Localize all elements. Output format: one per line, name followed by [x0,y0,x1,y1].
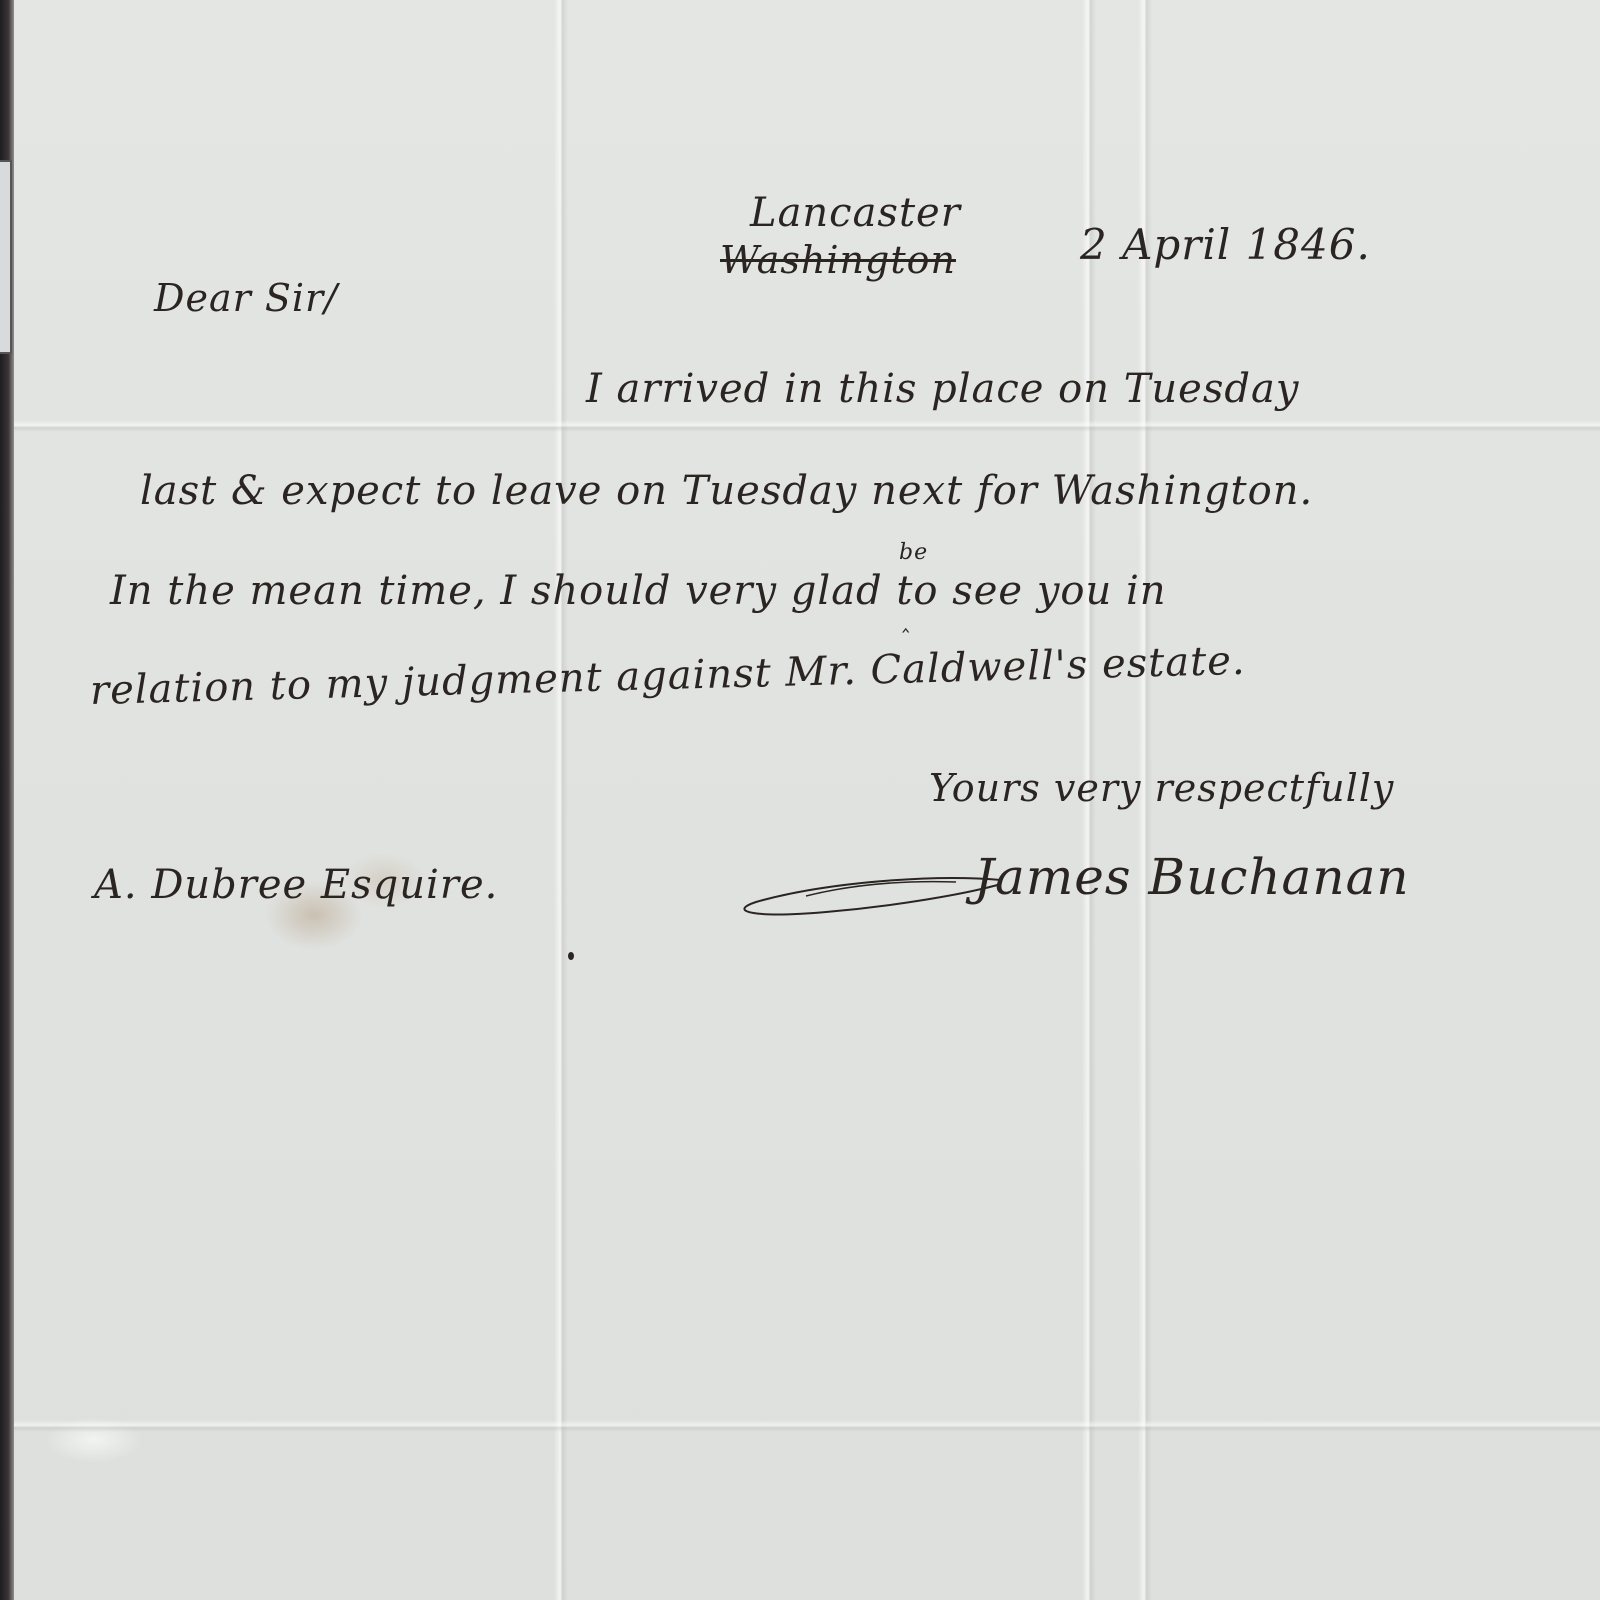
fold-crease-horizontal [14,1420,1600,1432]
letter-salutation: Dear Sir/ [154,276,338,320]
letter-struck-place: Washington [720,238,956,282]
letter-body-line: I arrived in this place on Tuesday [586,366,1299,412]
fold-crease-horizontal [14,420,1600,432]
letter-paper: Lancaster Washington 2 April 1846. Dear … [14,0,1600,1600]
letter-place: Lancaster [750,190,961,236]
letter-addressee: A. Dubree Esquire. [94,862,498,908]
letter-closing: Yours very respectfully [929,766,1394,810]
signature-flourish-icon [736,872,1006,920]
letter-body-line: In the mean time, I should very glad to … [110,568,1167,614]
insertion-caret-icon: ‸ [902,608,910,633]
ink-spot [568,952,574,960]
frame-clip [0,160,12,354]
letter-insertion: be [899,540,928,565]
fold-crease-vertical [554,0,568,1600]
letter-date: 2 April 1846. [1080,220,1371,269]
letter-body-line: relation to my judgment against Mr. Cald… [89,638,1246,714]
letter-signature: James Buchanan [974,848,1410,906]
letter-body-line: last & expect to leave on Tuesday next f… [140,468,1313,514]
